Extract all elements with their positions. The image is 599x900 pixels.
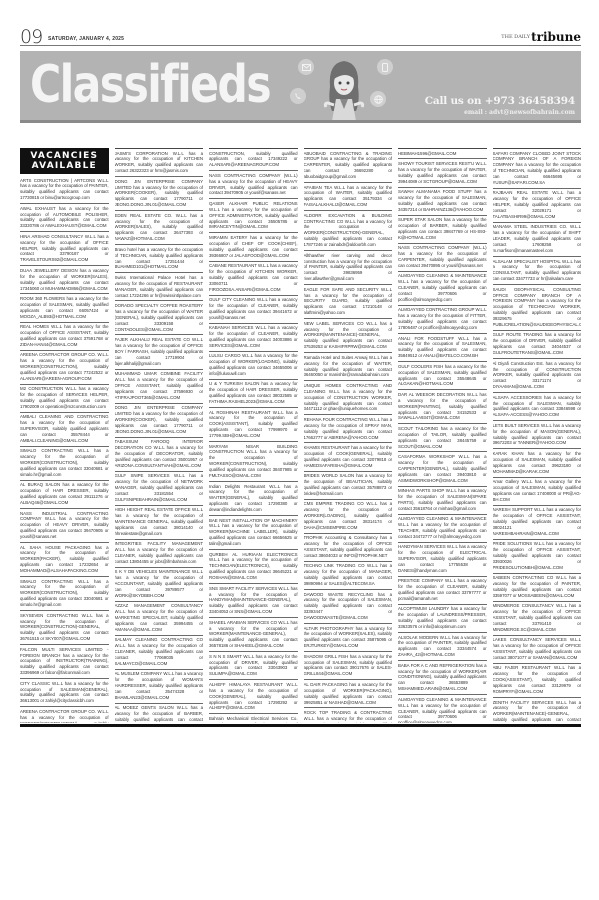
bottom-divider [20, 724, 581, 727]
classified-ad: TABASSUM FAROOQ INTERIOR DECORATION CO W… [115, 437, 204, 471]
classified-ad: HANDYMAN SERVICES W.L.L has a vacancy fo… [398, 542, 487, 576]
classified-ad: GULF ROUTE TRADING has a vacancy for the… [493, 330, 582, 358]
classified-ad: SALMAY CLEANING CONTRACTING CO W.L.L has… [115, 635, 204, 669]
classified-ad: FAJER ALKHALIJ REAL ESTATE CO W.L.L has … [115, 334, 204, 368]
classified-ad: ABUOBAID CONTRACTING & TRADING GROUP has… [304, 148, 393, 182]
classified-ad: CITY CLASSIC W.L.L has a vacancy for the… [20, 678, 109, 706]
classified-ad: LETS BUILT SERVICES W.L.L has a vacancy … [493, 420, 582, 448]
classified-ad: Swiss International Palace Hotel has a v… [115, 272, 204, 300]
classified-ad: MUHAMMAD UMAR COMBINE FACILITY W.L.L has… [115, 369, 204, 403]
globe-icon [370, 91, 386, 107]
classified-ad: HIGH HEIGHT REAL ESTATE OFFICE W.L.L has… [115, 505, 204, 539]
classified-ad: ALMOAYYED CLEANING & MAINTENANCE W.L.L h… [398, 271, 487, 305]
classified-ad: MIRAMIN EATERY has a vacancy for the occ… [209, 232, 298, 260]
classified-ad: SIMALO CONTRACTING W.L.L has a vacancy f… [20, 576, 109, 610]
classified-ad: KABANAH SERVICES W.L.L has a vacancy for… [209, 323, 298, 351]
classified-ad: AMBALI CLEANING AND CONTRACTING has a va… [20, 412, 109, 446]
classified-ad: NASS INDUSTRIAL CONTRACTING COMPANY W.L.… [20, 508, 109, 542]
classified-ad: CMS EMPIRE TRADING CO W.L.L has a vacanc… [304, 499, 393, 533]
classified-ad: ALMOAYYED CLEANING & MAINTENANCE W.L.L h… [398, 514, 487, 542]
mobile-icon [377, 59, 393, 75]
label-line-1: VACANCIES [20, 151, 109, 161]
classified-ad: GULF COOLERS FISH has a vacancy for the … [398, 361, 487, 389]
ads-column-6: SAFARI COMPANY CLOSED JOINT STOCK COMPAN… [493, 148, 582, 723]
ads-column-4: ABUOBAID CONTRACTING & TRADING GROUP has… [304, 148, 393, 723]
classified-ad: S N N S SMART W.L.L has a vacancy for th… [209, 651, 298, 679]
classified-ad: SHADOW GRILL FISH has a vacancy for the … [304, 651, 393, 679]
classified-ad: EAGLE FOR SAFE AND SECURITY W.L.L has a … [304, 284, 393, 318]
classified-ad: ALTAIR PHOTOGRAPHY has a vacancy for the… [304, 623, 393, 651]
classified-ad: SAFARI COMPANY CLOSED JOINT STOCK COMPAN… [493, 148, 582, 188]
classified-ad: TECHNO LINK TRADING CO W.L.L has a vacan… [304, 561, 393, 589]
classified-ad: AL DAIR PACKAGING has a vacancy for the … [304, 679, 393, 707]
classified-ad: SAWAH ALMANAMA FOOD STUFF has a vacancy … [398, 187, 487, 215]
ads-columns: VACANCIES AVAILABLE ARTS CONSTRUCTION | … [20, 148, 581, 723]
classified-ad: AZZAZ MANAGEMENT CONSULTANCY W.L.L has a… [115, 601, 204, 635]
brand-logo: THE DAILYtribune [501, 30, 581, 44]
classified-ad: DAR AL WEESOR DECORATION W.L.L has a vac… [398, 389, 487, 423]
classified-ad: ALSALAM SPECIALIST HOSPITAL W.L.L has a … [493, 256, 582, 284]
classified-ad: ANALI FOR FOODSTUFF W.L.L has a vacancy … [398, 333, 487, 361]
classified-ad: MINHAS PARTS SHOP W.L.L has a vacancy fo… [398, 486, 487, 514]
classified-ad: HEBIMAH1596@GMAIL.COM [398, 148, 487, 158]
classified-ad: ROOM 360 FLOWERS has a vacancy for the o… [20, 293, 109, 321]
classified-ad: SKYSEVEN CONTRACTING W.L.L has a vacancy… [20, 610, 109, 644]
classified-ad: Allthawther river carving and decor cons… [304, 250, 393, 284]
newspaper-page: 09 SATURDAY, JANUARY 4, 2025 THE DAILYtr… [20, 24, 581, 123]
classified-ad: KARAK KHAN has a vacancy for the occupat… [493, 448, 582, 476]
classified-ad: Bravo hotel has a vacancy for the occupa… [115, 244, 204, 272]
classified-ad: LULSU CARGO W.L.L has a vacancy for the … [209, 351, 298, 379]
classified-ad: EDEN REAL ESTATE CO. W.L.L has a vacancy… [115, 210, 204, 244]
classified-ad: QURBEH AL HURIAAN ELECTRONICS W.L.L has … [209, 549, 298, 583]
classified-ad: CONSTRUCTION, suitably qualified applica… [209, 148, 298, 170]
issue-date: SATURDAY, JANUARY 4, 2025 [48, 36, 124, 42]
classified-ad: SHOWY TOURIST SERVICES REST'U W.L.L has … [398, 158, 487, 186]
classified-ad: ALDORR EXCAVATION & BUILDING CONTRACTING… [304, 210, 393, 250]
classified-ad: U & Y TURKISH SALON has a vacancy for th… [209, 379, 298, 407]
classified-ad: CABANE RESTAURANT W.L.L has a vacancy fo… [209, 261, 298, 295]
classified-ad: MANAMA STEEL INDUSTRIES CO. W.L.L has a … [493, 222, 582, 256]
classified-ad: ALHEFF HIMALAYA RESTAURANT W.L.L has a v… [209, 679, 298, 713]
classified-ad: HINA ARSHAD CONSULTANCY W.L.L has a vaca… [20, 231, 109, 265]
classified-ad: PRESTIGE COMPANY W.L.L has a vacancy for… [398, 576, 487, 604]
classified-ad: SABEEN CONTRACTING CO W.L.L has a vacanc… [493, 573, 582, 601]
vacancies-available-label: VACANCIES AVAILABLE [20, 148, 109, 174]
ads-column-5: HEBIMAH1596@GMAIL.COMSHOWY TOURIST SERVI… [398, 148, 487, 723]
ads-list: ARTS CONSTRUCTION | ARTCONS W.L.L has a … [20, 176, 109, 723]
phone-contact: Call us on +973 36458394 [425, 95, 575, 107]
classified-ad: SCOUT TAILORING has a vacancy for the oc… [398, 423, 487, 451]
classified-ad: REHANA FOUR CONTRACTING W.L.L has a vaca… [304, 414, 393, 442]
classified-ad: NASS CONTRACTING COMPANY (W.L.L) has a v… [209, 170, 298, 198]
ads-column-2: JASMI'S CORPORATION W.L.L has a vacancy … [115, 148, 204, 723]
classified-ad: GULF SNIPE SERVICES W.L.L has a vacancy … [115, 471, 204, 505]
classified-ad: NEW LABEL SERVICES CO W.L.L has a vacanc… [304, 318, 393, 352]
classified-ad: LAKES CONSULTANCY SERVICES W.L.L has a v… [493, 635, 582, 663]
classified-ad: ROCK TOP TRADING & CONTRACTING W.L.L has… [304, 707, 393, 723]
ads-list: CONSTRUCTION, suitably qualified applica… [209, 148, 298, 723]
classified-ad: AL MUSLEM COMPANY W.L.L has a vacancy fo… [115, 669, 204, 703]
classified-ad: BRIDES WORLD SALON has a vacancy for the… [304, 471, 393, 499]
classified-ad: SAUDI GEOPHYSICAL CONSULTING OFFICE COMP… [493, 284, 582, 330]
classified-ad: BABA FOR A C AND REFRIGERATION has a vac… [398, 660, 487, 694]
classified-ad: ALSAFA ACCESSORIES has a vacancy for the… [493, 392, 582, 420]
classified-ad: DORADO SPECIALTY COFFEE ROASTERY has a v… [115, 300, 204, 334]
classified-ad: DAWOOD WASTE RECYCLING has a vacancy for… [304, 589, 393, 623]
email-contact: email : advt@newsofbahrain.com [464, 109, 575, 116]
classified-ad: M2 CONSTRUCTION W.L.L has a vacancy for … [20, 384, 109, 412]
ads-column-3: CONSTRUCTION, suitably qualified applica… [209, 148, 298, 723]
classified-ad: ALSOLAK MODERN W.L.L has a vacancy for t… [398, 632, 487, 660]
classifieds-banner: Classifieds Call us on +973 36458394 ema… [20, 51, 581, 123]
ads-list: JASMI'S CORPORATION W.L.L has a vacancy … [115, 148, 204, 723]
page-number: 09 [20, 26, 42, 48]
classified-ad: Indian Delights Restaurant W.L.L has a v… [209, 481, 298, 515]
ads-column-1: VACANCIES AVAILABLE ARTS CONSTRUCTION | … [20, 148, 109, 723]
classified-ad: AREENA CONTRACTOR GROUP CO. W.L.L has a … [20, 706, 109, 723]
classified-ad: SUPER STAR SALON has a vacancy for the o… [398, 215, 487, 243]
classified-ad: JASMI'S CORPORATION W.L.L has a vacancy … [115, 148, 204, 176]
ads-list: SAFARI COMPANY CLOSED JOINT STOCK COMPAN… [493, 148, 582, 723]
section-title: Classifieds [30, 53, 270, 117]
classified-ad: ALMOAYYED CONTRACTING GROUP W.L.L has a … [398, 305, 487, 333]
classified-ad: AWAL EXHAUST has a vacancy for the occup… [20, 203, 109, 231]
classified-ad: AL MOEEZ GENTS SALON W.L.L has a vacancy… [115, 703, 204, 723]
classified-ad: CASAFORMA WORKSHOP W.L.L has a vacancy f… [398, 451, 487, 485]
classified-ad: AREENA CONTRACTOR GROUP CO. W.L.L has a … [20, 350, 109, 384]
classified-ad: Al Diyafi Construction Est. has a vacanc… [493, 358, 582, 392]
classified-ad: MINDMERGE CONSULTANCY W.L.L has a vacanc… [493, 601, 582, 635]
classified-ad: RAJBAAN REAL ESTATE W.L.L has a vacancy … [493, 188, 582, 222]
classified-ad: MARYAM NISAR BUILDING CONSTRUCTION W.L.L… [209, 441, 298, 481]
classified-ad: INTEGRITIES FACILITY MANAGEMENT W.L.L ha… [115, 539, 204, 567]
classified-ad: ABU FAJER RESTAURANT W.L.L has a vacancy… [493, 663, 582, 697]
envelope-icon [298, 59, 314, 75]
classified-ad: SNS SMART FACILITY SERVICES W.L.L has a … [209, 583, 298, 617]
classified-ad: ALCOPTIMUM LAUNDRY has a vacancy for the… [398, 604, 487, 632]
classified-ad: ALMOAYYED CLEANING & MAINTENANCE W.L.L h… [398, 694, 487, 723]
classified-ad: DONG JIN ENTERPRISE COMPANY LIMITED has … [115, 403, 204, 437]
classified-ad: AL SAHA HOUSE PACKAGING has a vacancy fo… [20, 542, 109, 576]
classified-ad: Amar Gallery W.L.L has a vacancy for the… [493, 477, 582, 505]
classified-ad: Ramada Hotel and Suites Amwaj W.L.L has … [304, 352, 393, 380]
classified-ad: GULF CITY CLEANING W.L.L has a vacancy f… [209, 295, 298, 323]
classified-ad: NARESH SUPPORT W.L.L has a vacancy for t… [493, 505, 582, 539]
classified-ad: AFAIBAN TEA W.L.L has a vacancy for the … [304, 182, 393, 210]
classified-ad: SIMALO CONTRACTING W.L.L has a vacancy f… [20, 446, 109, 480]
ads-list: ABUOBAID CONTRACTING & TRADING GROUP has… [304, 148, 393, 723]
page-header: 09 SATURDAY, JANUARY 4, 2025 THE DAILYtr… [20, 24, 581, 46]
classified-ad: UNIQUE HOMES CONTRACTING AND CLEANING W.… [304, 380, 393, 414]
classified-ad: QASER ALKHAIR PUBLIC RELATIONS W.L.L has… [209, 198, 298, 232]
classified-ad: NASS CONTRACTING COMPANY (W.L.L) has a v… [398, 243, 487, 271]
classified-ad: BAE NEST INSTALLATION OF MACHINERY W.L.L… [209, 515, 298, 549]
ads-list: HEBIMAH1596@GMAIL.COMSHOWY TOURIST SERVI… [398, 148, 487, 723]
customer-service-avatar [322, 57, 366, 121]
classified-ad: FALCON MULTI SERVICES LIMITED - FOREIGN … [20, 644, 109, 678]
brand-name: tribune [531, 30, 581, 44]
classified-ad: Bahrain Mechanical Electrical Services C… [209, 713, 298, 723]
classified-ad: S K Y DB VEHICLES MAINTENANCE W.L.L has … [115, 567, 204, 601]
classified-ad: AL BURAQ SALON has a vacancy for the occ… [20, 480, 109, 508]
phone-icon [290, 88, 306, 104]
classified-ad: SHAEEL ARABIAN SERVICES CO W.L.L has a v… [209, 617, 298, 651]
classified-ad: ARTS CONSTRUCTION | ARTCONS W.L.L has a … [20, 176, 109, 203]
classified-ad: DONG JIN ENTERPRISE COMPANY LIMITED has … [115, 176, 204, 210]
classified-ad: REAL HOMES W.L.L has a vacancy for the o… [20, 322, 109, 350]
classified-ad: PRIDE SOLUTIONS W.L.L has a vacancy for … [493, 539, 582, 573]
label-line-2: AVAILABLE [20, 161, 109, 171]
classified-ad: TROPHIK Accounting & Consultancy has a v… [304, 533, 393, 561]
classified-ad: ZENITH FACILITY SERVICES W.L.L has a vac… [493, 697, 582, 723]
brand-prefix: THE DAILY [501, 35, 530, 40]
classified-ad: DUAA JEWELLERY DESIGN has a vacancy for … [20, 265, 109, 293]
classified-ad: AL ROSHINAH RESTAURANT W.L.L has a vacan… [209, 407, 298, 441]
classified-ad: KHAMIS RESTAURANT has a vacancy for the … [304, 442, 393, 470]
